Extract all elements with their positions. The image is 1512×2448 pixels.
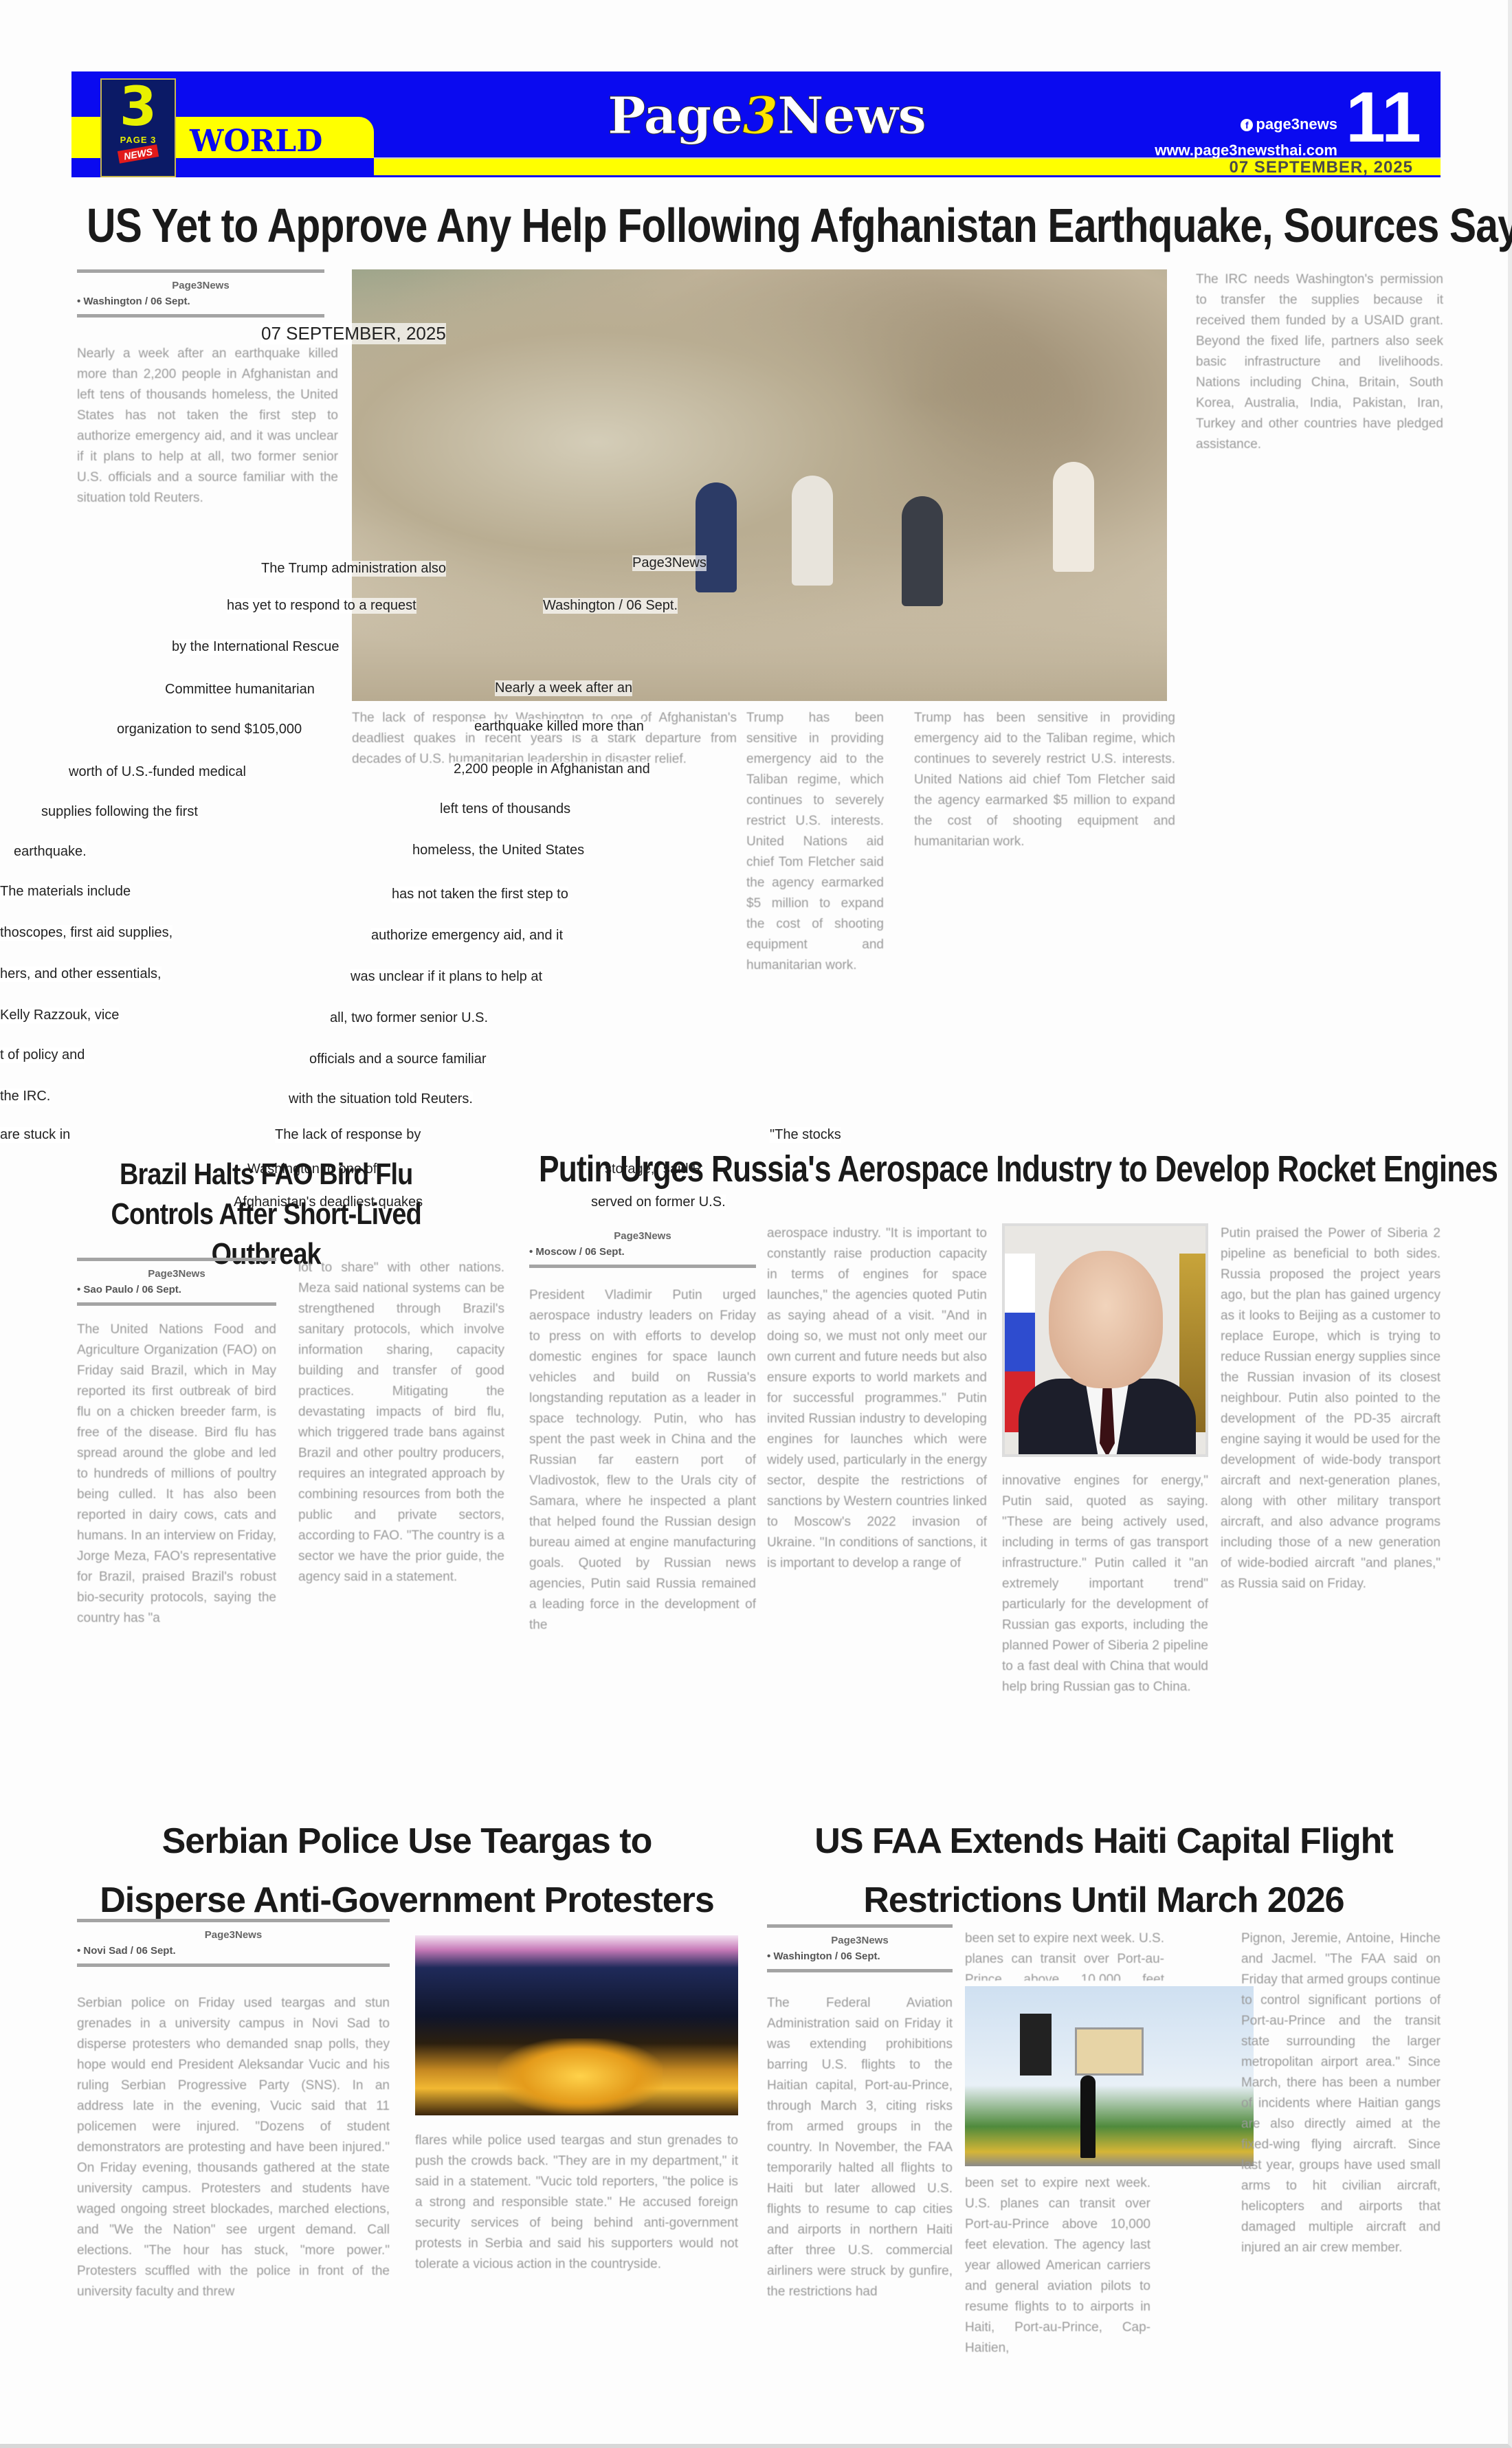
article-column: President Vladimir Putin urged aerospace… xyxy=(529,1285,756,1766)
article-column: The Federal Aviation Administration said… xyxy=(767,1993,953,2364)
article-byline: Page3News • Moscow / 06 Sept. xyxy=(529,1223,756,1268)
brand-suffix: News xyxy=(777,87,926,146)
brand-numeral: 3 xyxy=(742,87,777,146)
article-headline: Brazil Halts FAO Bird Flu Controls After… xyxy=(77,1155,455,1274)
photo-billboard xyxy=(1020,2014,1052,2076)
article-headline: US Yet to Approve Any Help Following Afg… xyxy=(87,198,1512,253)
article-column: aerospace industry. "It is important to … xyxy=(767,1223,987,1766)
photo-figure xyxy=(1080,2076,1096,2158)
overlay-text-fragment: Nearly a week after an xyxy=(495,680,632,696)
divider xyxy=(767,1969,953,1972)
earthquake-rubble-photo xyxy=(352,269,1167,701)
divider xyxy=(529,1265,756,1268)
article-column: Serbian police on Friday used teargas an… xyxy=(77,1993,390,2364)
newspaper-page: 3 PAGE 3 NEWS WORLD Page3News fpage3news… xyxy=(0,0,1512,2448)
overlay-text-fragment: the IRC. xyxy=(0,1089,50,1104)
overlay-text-fragment: has yet to respond to a request xyxy=(227,598,416,614)
overlay-text-fragment: The Trump administration also xyxy=(261,561,446,577)
facebook-icon: f xyxy=(1241,119,1253,131)
overlay-text-fragment: has not taken the first step to xyxy=(392,887,568,902)
logo-news-badge: NEWS xyxy=(118,144,159,164)
headline-line: Restrictions Until March 2026 xyxy=(863,1880,1344,1920)
byline-dateline: • Washington / 06 Sept. xyxy=(767,1950,953,1962)
novi-sad-protest-night-photo xyxy=(415,1935,738,2115)
byline-source: Page3News xyxy=(77,1929,390,1941)
article-column: Trump has been sensitive in providing em… xyxy=(914,708,1175,1127)
photo-billboard xyxy=(1075,2027,1144,2076)
overlay-text-fragment: officials and a source familiar xyxy=(309,1051,487,1067)
overlay-text-fragment: earthquake killed more than xyxy=(474,719,644,735)
divider xyxy=(767,1924,953,1928)
byline-source: Page3News xyxy=(767,1935,953,1946)
divider xyxy=(77,1302,276,1306)
logo-label: PAGE 3 xyxy=(102,135,175,145)
photo-crowd-lights xyxy=(498,2038,663,2114)
overlay-text-fragment: left tens of thousands xyxy=(440,801,570,817)
overlay-text-fragment: "The stocks xyxy=(770,1127,841,1143)
photo-figure xyxy=(902,496,943,606)
byline-dateline: • Washington / 06 Sept. xyxy=(77,296,324,307)
masthead: 3 PAGE 3 NEWS WORLD Page3News fpage3news… xyxy=(71,71,1441,177)
overlay-text-fragment: Committee humanitarian xyxy=(165,682,315,698)
overlay-text-fragment: supplies following the first xyxy=(41,804,198,820)
overlay-text-fragment: The lack of response by xyxy=(275,1127,421,1143)
haiti-airport-photo xyxy=(965,1986,1254,2166)
overlay-text-fragment: hers, and other essentials, xyxy=(0,966,162,982)
byline-dateline: • Moscow / 06 Sept. xyxy=(529,1246,756,1258)
article-byline: Page3News • Novi Sad / 06 Sept. xyxy=(77,1919,390,1967)
overlay-text-fragment: was unclear if it plans to help at xyxy=(351,969,542,985)
issue-date: 07 SEPTEMBER, 2025 xyxy=(1230,158,1413,177)
overlay-text-fragment: all, two former senior U.S. xyxy=(330,1010,488,1026)
headline-line: Disperse Anti-Government Protesters xyxy=(100,1880,714,1920)
overlay-text-fragment: Page3News xyxy=(632,555,707,571)
byline-dateline: • Sao Paulo / 06 Sept. xyxy=(77,1284,276,1295)
overlay-text-fragment: authorize emergency aid, and it xyxy=(371,928,563,944)
article-column: Trump has been sensitive in providing em… xyxy=(746,708,884,1127)
facebook-handle: page3news xyxy=(1256,115,1337,133)
article-column: been set to expire next week. U.S. plane… xyxy=(965,2173,1150,2366)
article-column: innovative engines for energy," Putin sa… xyxy=(1002,1471,1208,1766)
overlay-text-fragment: homeless, the United States xyxy=(412,843,584,858)
overlay-text-fragment: Washington / 06 Sept. xyxy=(543,598,678,614)
logo-numeral: 3 xyxy=(102,80,175,135)
overlay-text-fragment: organization to send $105,000 xyxy=(117,722,302,737)
article-column: The United Nations Food and Agriculture … xyxy=(77,1320,276,1766)
article-byline: Page3News • Washington / 06 Sept. xyxy=(77,269,324,318)
article-column: lot to share" with other nations. Meza s… xyxy=(298,1258,504,1766)
photo-figure xyxy=(792,476,833,586)
article-byline: Page3News • Washington / 06 Sept. xyxy=(767,1924,953,1972)
overlay-text-fragment: worth of U.S.-funded medical xyxy=(69,764,246,780)
divider xyxy=(77,1258,276,1261)
overlay-text-fragment: t of policy and xyxy=(0,1047,85,1063)
overlay-text-fragment: by the International Rescue xyxy=(172,639,340,655)
byline-source: Page3News xyxy=(77,280,324,291)
page3-logo: 3 PAGE 3 NEWS xyxy=(100,78,176,177)
article-column: Pignon, Jeremie, Antoine, Hinche and Jac… xyxy=(1241,1928,1441,2364)
photo-figure xyxy=(1053,462,1094,572)
divider xyxy=(77,269,324,273)
byline-source: Page3News xyxy=(77,1268,276,1280)
overlay-text-fragment: The materials include xyxy=(0,884,131,900)
article-column: Putin praised the Power of Siberia 2 pip… xyxy=(1221,1223,1441,1766)
brand-wordmark: Page3News xyxy=(608,87,926,146)
photo-figure xyxy=(696,482,737,592)
article-headline: Serbian Police Use Teargas to Disperse A… xyxy=(77,1812,737,1930)
article-byline: Page3News • Sao Paulo / 06 Sept. xyxy=(77,1258,276,1306)
headline-line: Serbian Police Use Teargas to xyxy=(162,1821,652,1861)
headline-line: US FAA Extends Haiti Capital Flight xyxy=(814,1821,1392,1861)
article-column: The IRC needs Washington's permission to… xyxy=(1196,269,1443,1128)
photo-face xyxy=(1049,1251,1163,1388)
byline-dateline: • Novi Sad / 06 Sept. xyxy=(77,1945,390,1957)
putin-portrait-photo xyxy=(1002,1223,1208,1457)
overlay-text-fragment: thoscopes, first aid supplies, xyxy=(0,925,173,941)
overlay-text-fragment: are stuck in xyxy=(0,1127,70,1143)
page-number: 11 xyxy=(1346,80,1421,155)
divider xyxy=(77,1963,390,1967)
section-label: WORLD xyxy=(190,124,322,159)
divider xyxy=(77,314,324,318)
byline-source: Page3News xyxy=(529,1230,756,1242)
overlay-text-fragment: Kelly Razzouk, vice xyxy=(0,1008,119,1023)
overlay-text-fragment: with the situation told Reuters. xyxy=(289,1091,473,1107)
overlay-text-fragment: earthquake. xyxy=(14,844,87,860)
contact-block: fpage3news www.page3newsthai.com xyxy=(1155,111,1337,164)
article-headline: US FAA Extends Haiti Capital Flight Rest… xyxy=(767,1812,1441,1930)
article-headline: Putin Urges Russia's Aerospace Industry … xyxy=(539,1148,1498,1190)
overlay-text-fragment: 2,200 people in Afghanistan and xyxy=(454,761,650,777)
divider xyxy=(77,1919,390,1922)
facebook-line: fpage3news xyxy=(1155,111,1337,137)
article-column: been set to expire next week. U.S. plane… xyxy=(965,1928,1164,1981)
overlay-text-fragment: served on former U.S. xyxy=(591,1194,726,1210)
brand-prefix: Page xyxy=(608,87,742,146)
article-column: flares while police used teargas and stu… xyxy=(415,2130,738,2364)
overlay-text-fragment: 07 SEPTEMBER, 2025 xyxy=(261,323,446,344)
